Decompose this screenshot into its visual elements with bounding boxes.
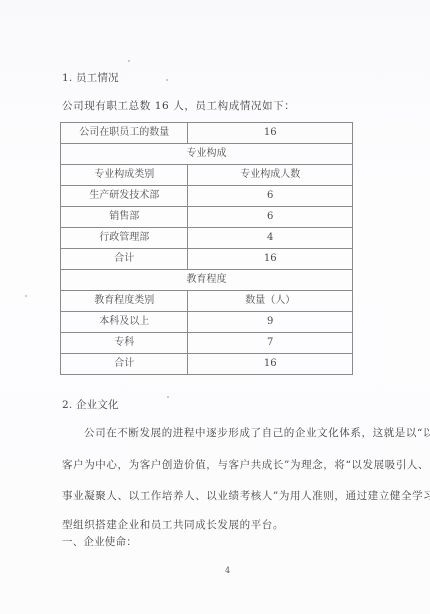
table-cell-count: 16 — [188, 249, 353, 270]
table-row: 本科及以上 9 — [61, 312, 353, 333]
table-row: 行政管理部 4 — [61, 228, 353, 249]
table-row: 生产研发技术部 6 — [61, 186, 353, 207]
table-cell-count: 6 — [188, 207, 353, 228]
table-row: 专科 7 — [61, 333, 353, 354]
page-number: 4 — [225, 566, 230, 575]
table-row: 销售部 6 — [61, 207, 353, 228]
table-section-title: 专业构成 — [61, 144, 353, 165]
table-header-cell: 专业构成类别 — [61, 165, 188, 186]
culture-paragraph-line: 型组织搭建企业和员工共同成长发展的平台。 — [62, 517, 284, 532]
table-cell-value: 16 — [188, 123, 353, 144]
table-section-title-education: 教育程度 — [61, 270, 353, 291]
scan-speck — [167, 396, 169, 398]
table-cell-category: 合计 — [61, 354, 188, 375]
table-cell-label: 公司在职员工的数量 — [61, 123, 188, 144]
table-cell-count: 7 — [188, 333, 353, 354]
scan-speck — [128, 60, 130, 62]
table-header-education: 教育程度类别 数量（人） — [61, 291, 353, 312]
table-cell-category: 本科及以上 — [61, 312, 188, 333]
table-row-total: 公司在职员工的数量 16 — [61, 123, 353, 144]
culture-paragraph-line: 事业凝聚人、以工作培养人、以业绩考核人”为用人准则，通过建立健全学习 — [62, 488, 430, 503]
section-heading-mission: 一、企业使命： — [62, 534, 137, 549]
scan-speck — [25, 295, 27, 297]
table-row-subtotal: 合计 16 — [61, 354, 353, 375]
culture-paragraph-line: 客户为中心，为客户创造价值，与客户共成长”为理念，将“以发展吸引人、以 — [62, 457, 430, 472]
table-cell-count: 16 — [188, 354, 353, 375]
document-page: 1. 员工情况 公司现有职工总数 16 人，员工构成情况如下： 公司在职员工的数… — [0, 0, 430, 614]
section-heading-culture: 2. 企业文化 — [62, 397, 119, 412]
table-cell-category: 生产研发技术部 — [61, 186, 188, 207]
table-header-cell: 专业构成人数 — [188, 165, 353, 186]
staff-composition-table: 公司在职员工的数量 16 专业构成 专业构成类别 专业构成人数 生产研发技术部 … — [60, 122, 353, 375]
table-cell-count: 6 — [188, 186, 353, 207]
table-cell-category: 合计 — [61, 249, 188, 270]
table-header-cell: 教育程度类别 — [61, 291, 188, 312]
table-cell-count: 4 — [188, 228, 353, 249]
table-header-major: 专业构成类别 专业构成人数 — [61, 165, 353, 186]
scan-speck — [166, 79, 168, 81]
table-cell-category: 销售部 — [61, 207, 188, 228]
staff-intro-text: 公司现有职工总数 16 人，员工构成情况如下： — [62, 98, 295, 113]
table-section-title: 教育程度 — [61, 270, 353, 291]
table-cell-category: 专科 — [61, 333, 188, 354]
culture-paragraph-line: 公司在不断发展的进程中逐步形成了自己的企业文化体系，这就是以“以 — [84, 425, 430, 440]
table-header-cell: 数量（人） — [188, 291, 353, 312]
table-cell-count: 9 — [188, 312, 353, 333]
table-section-title-major: 专业构成 — [61, 144, 353, 165]
table-row-subtotal: 合计 16 — [61, 249, 353, 270]
table-cell-category: 行政管理部 — [61, 228, 188, 249]
section-heading-staff: 1. 员工情况 — [62, 70, 119, 85]
